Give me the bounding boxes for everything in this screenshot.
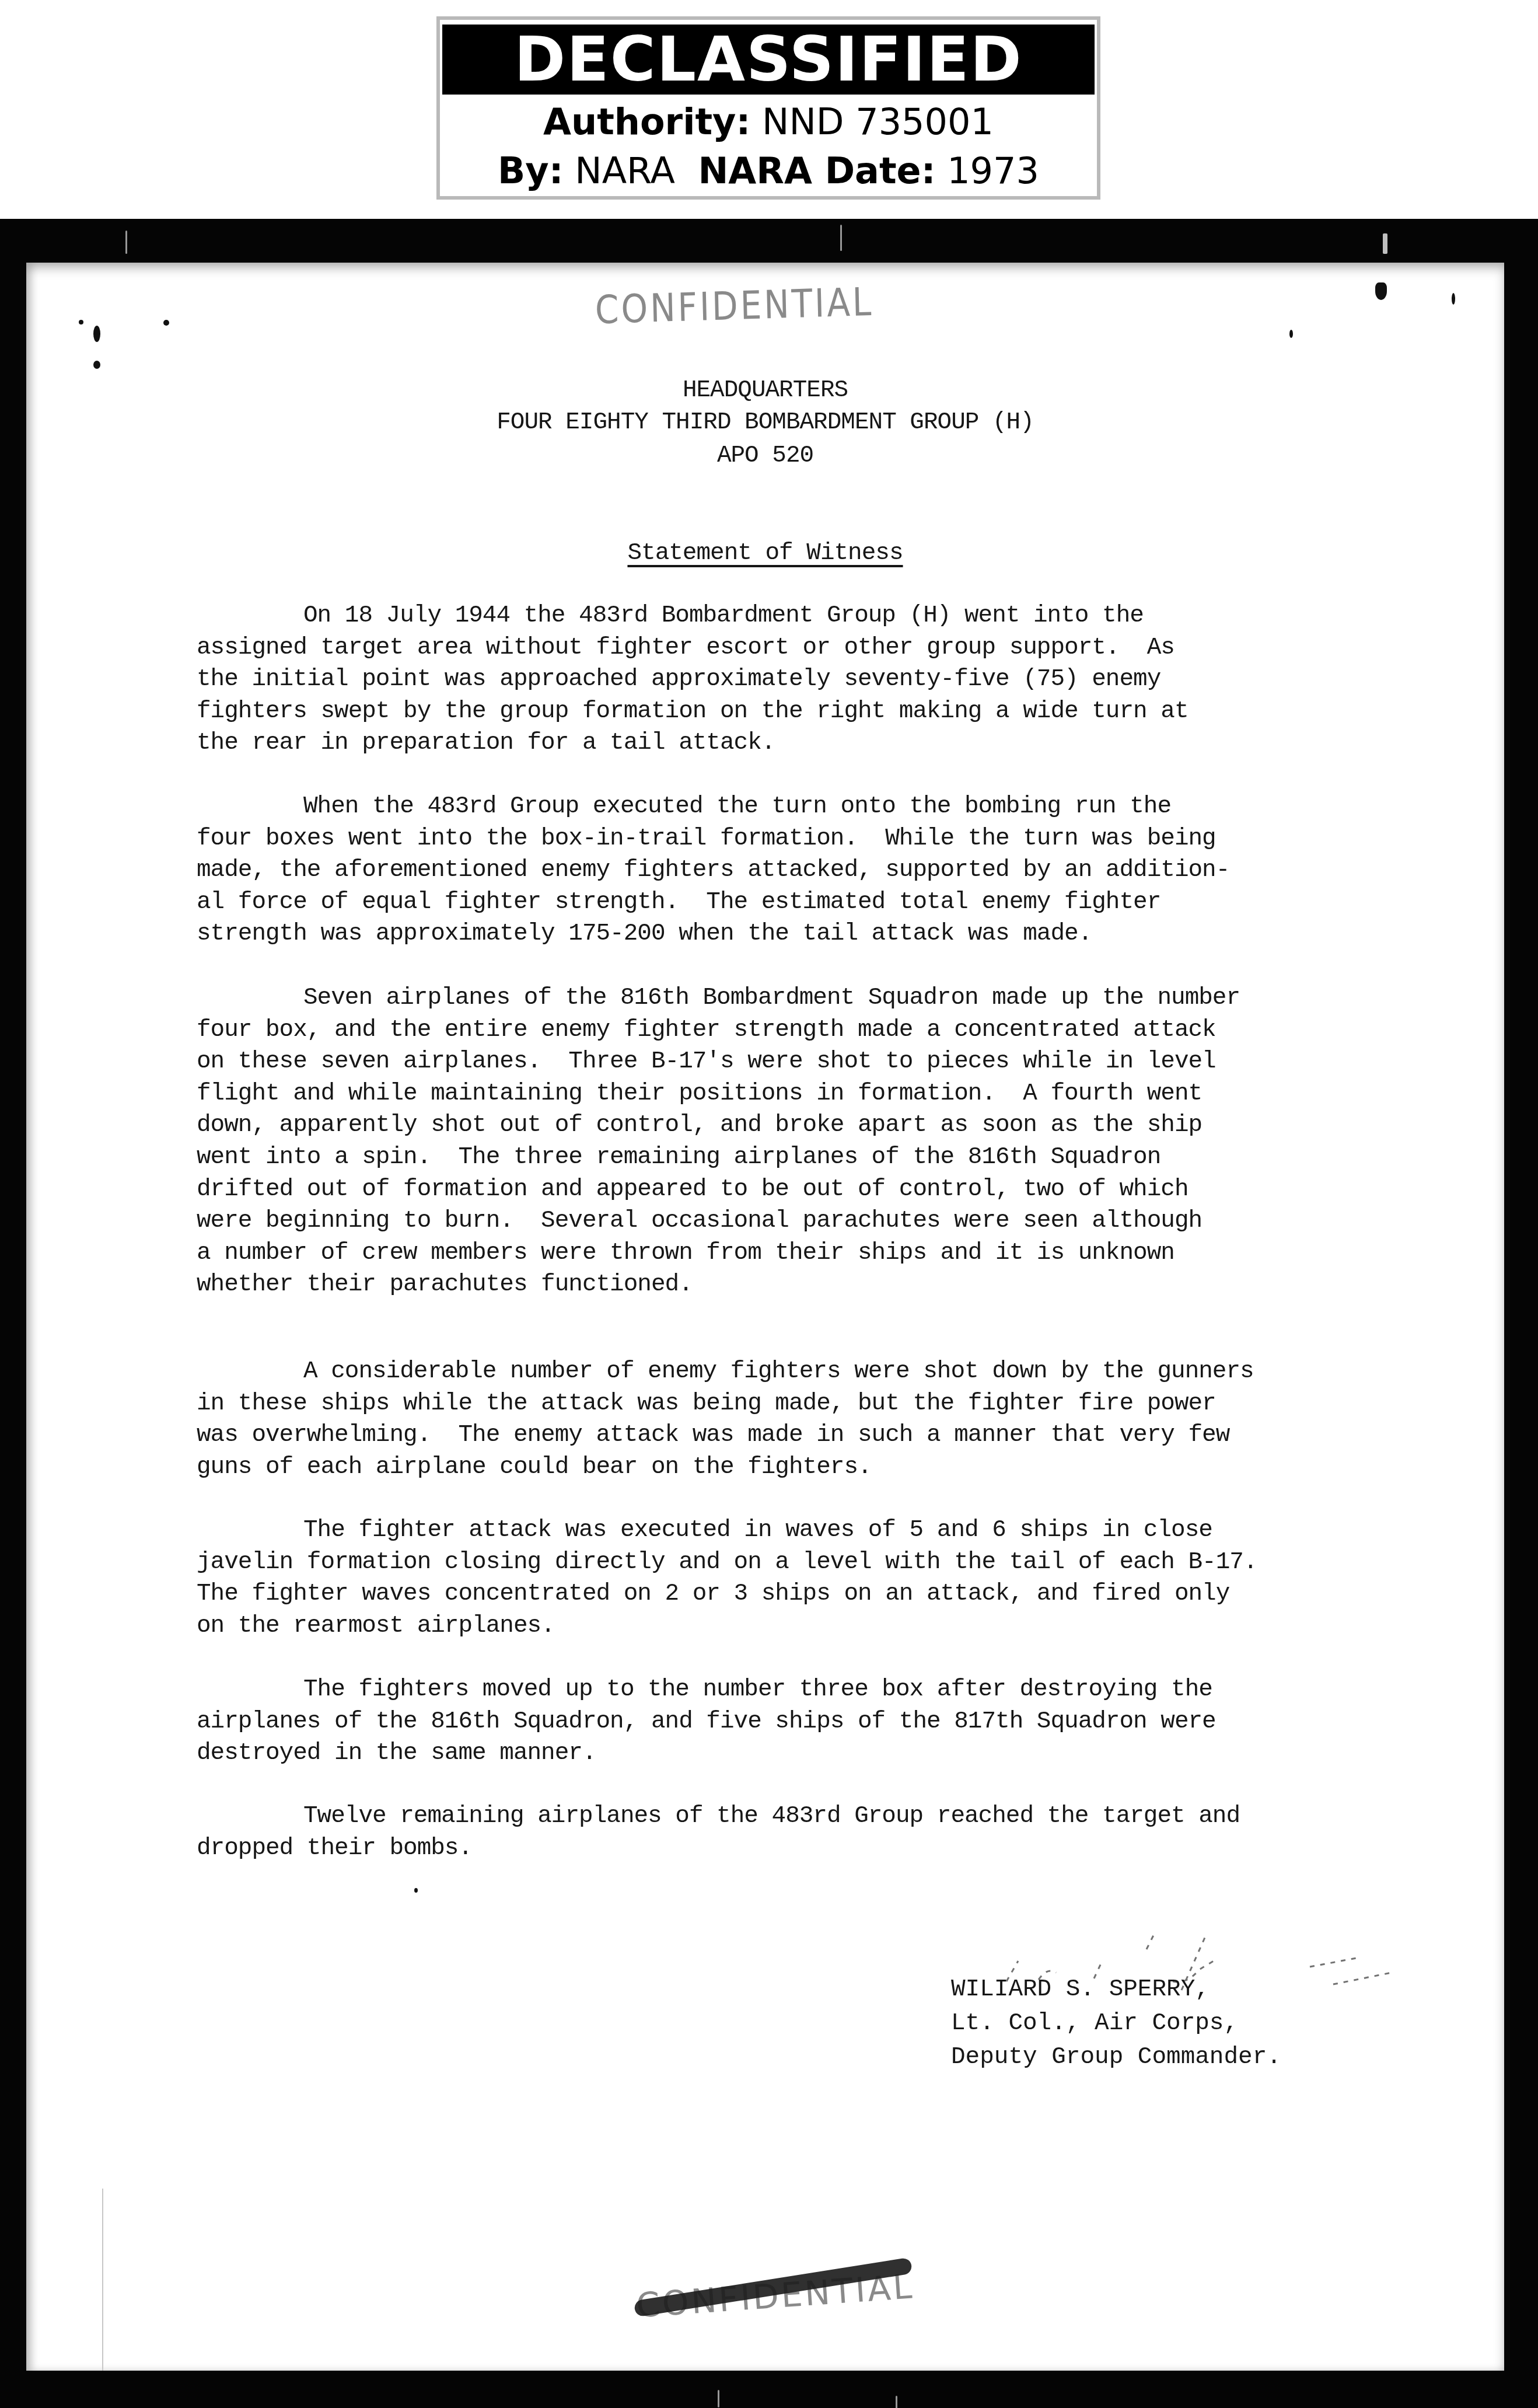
signature-block: WILIARD S. SPERRY, Lt. Col., Air Corps, … (951, 1973, 1281, 2074)
text-line: airplanes of the 816th Squadron, and fiv… (197, 1706, 1387, 1738)
text-line: down, apparently shot out of control, an… (197, 1109, 1387, 1142)
text-line: the initial point was approached approxi… (197, 664, 1387, 696)
ink-blot (163, 320, 169, 326)
ink-blot (79, 320, 83, 324)
text-line: guns of each airplane could bear on the … (197, 1451, 1387, 1484)
text-line: made, the aforementioned enemy fighters … (197, 854, 1387, 887)
page-edge-line (102, 2189, 103, 2371)
text-line: Twelve remaining airplanes of the 483rd … (197, 1800, 1387, 1833)
ink-blot (93, 361, 100, 369)
header-line-2: FOUR EIGHTY THIRD BOMBARDMENT GROUP (H) (26, 409, 1504, 436)
paragraph-7: Twelve remaining airplanes of the 483rd … (197, 1800, 1387, 1864)
text-line: was overwhelming. The enemy attack was m… (197, 1419, 1387, 1451)
document-title: Statement of Witness (26, 540, 1504, 567)
text-line: a number of crew members were thrown fro… (197, 1237, 1387, 1269)
text-line: strength was approximately 175-200 when … (197, 918, 1387, 950)
header-line-1: HEADQUARTERS (26, 377, 1504, 404)
confidential-stamp-top: CONFIDENTIAL (595, 279, 874, 333)
text-line: flight and while maintaining their posit… (197, 1078, 1387, 1110)
document-page: CONFIDENTIAL HEADQUARTERS FOUR EIGHTY TH… (26, 263, 1504, 2371)
paragraph-1: On 18 July 1944 the 483rd Bombardment Gr… (197, 600, 1387, 759)
by-date-line: By: NARA NARA Date: 1973 (440, 149, 1097, 192)
text-line: fighters swept by the group formation on… (197, 696, 1387, 728)
paragraph-2: When the 483rd Group executed the turn o… (197, 791, 1387, 950)
text-line: were beginning to burn. Several occasion… (197, 1205, 1387, 1237)
text-line: four boxes went into the box-in-trail fo… (197, 823, 1387, 855)
text-line: The fighters moved up to the number thre… (197, 1674, 1387, 1706)
text-line: Seven airplanes of the 816th Bombardment… (197, 982, 1387, 1014)
declassified-stamp: DECLASSIFIED Authority: NND 735001 By: N… (436, 16, 1100, 200)
by-label: By: (498, 149, 563, 192)
authority-label: Authority: (543, 100, 750, 143)
signer-title: Deputy Group Commander. (951, 2040, 1281, 2074)
text-line: A considerable number of enemy fighters … (197, 1356, 1387, 1388)
declassified-banner: DECLASSIFIED (442, 25, 1095, 95)
text-line: went into a spin. The three remaining ai… (197, 1142, 1387, 1174)
signer-rank: Lt. Col., Air Corps, (951, 2006, 1281, 2040)
text-line: destroyed in the same manner. (197, 1737, 1387, 1770)
text-line: on these seven airplanes. Three B-17's w… (197, 1046, 1387, 1078)
scratch-mark (840, 225, 842, 251)
scratch-mark (1383, 233, 1387, 254)
paragraph-5: The fighter attack was executed in waves… (197, 1514, 1387, 1642)
authority-line: Authority: NND 735001 (440, 100, 1097, 143)
date-label: NARA Date: (698, 149, 935, 192)
text-line: javelin formation closing directly and o… (197, 1547, 1387, 1579)
text-line: on the rearmost airplanes. (197, 1610, 1387, 1642)
ink-blot (1452, 293, 1455, 305)
text-line: whether their parachutes functioned. (197, 1269, 1387, 1301)
text-line: dropped their bombs. (197, 1833, 1387, 1865)
ink-blot (93, 326, 100, 342)
scratch-mark (718, 2390, 719, 2407)
text-line: The fighter waves concentrated on 2 or 3… (197, 1578, 1387, 1610)
date-value: 1973 (947, 149, 1039, 192)
text-line: assigned target area without fighter esc… (197, 632, 1387, 664)
text-line: the rear in preparation for a tail attac… (197, 727, 1387, 759)
paragraph-4: A considerable number of enemy fighters … (197, 1356, 1387, 1483)
paragraph-3: Seven airplanes of the 816th Bombardment… (197, 982, 1387, 1301)
signer-name: WILIARD S. SPERRY, (951, 1973, 1281, 2006)
scan-background: CONFIDENTIAL HEADQUARTERS FOUR EIGHTY TH… (0, 219, 1538, 2408)
text-line: al force of equal fighter strength. The … (197, 887, 1387, 919)
text-line: in these ships while the attack was bein… (197, 1388, 1387, 1420)
text-line: The fighter attack was executed in waves… (197, 1514, 1387, 1547)
paragraph-6: The fighters moved up to the number thre… (197, 1674, 1387, 1770)
text-line: drifted out of formation and appeared to… (197, 1174, 1387, 1206)
authority-value: NND 735001 (762, 100, 994, 143)
scratch-mark (896, 2396, 897, 2408)
text-line: When the 483rd Group executed the turn o… (197, 791, 1387, 823)
header-line-3: APO 520 (26, 442, 1504, 469)
ink-blot (414, 1888, 418, 1893)
by-value: NARA (575, 149, 675, 192)
scratch-mark (125, 231, 127, 254)
text-line: four box, and the entire enemy fighter s… (197, 1014, 1387, 1046)
ink-blot (1375, 282, 1387, 300)
ink-blot (1289, 330, 1293, 338)
text-line: On 18 July 1944 the 483rd Bombardment Gr… (197, 600, 1387, 632)
